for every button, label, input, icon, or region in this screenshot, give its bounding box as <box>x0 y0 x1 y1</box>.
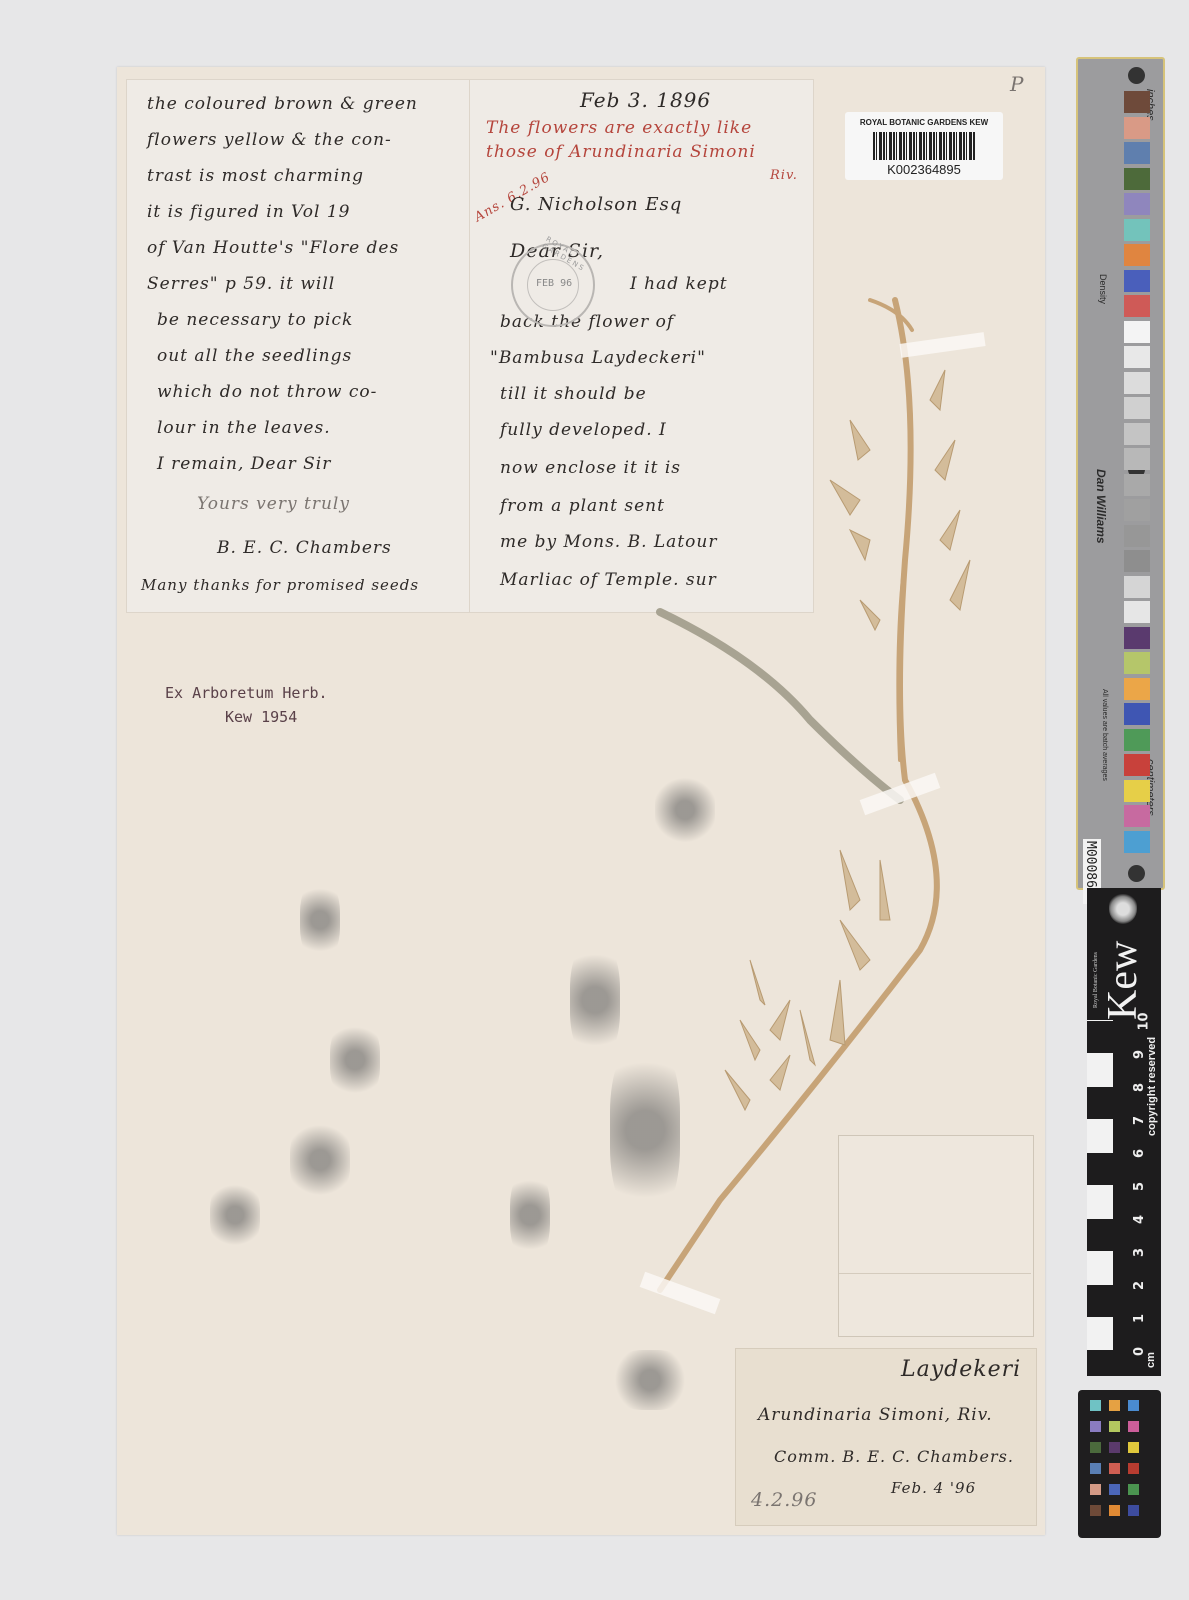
color-swatch <box>1124 525 1150 547</box>
color-swatch <box>1124 805 1150 827</box>
color-swatch <box>1124 321 1150 343</box>
color-calibration-ruler: inches centimeters Density Dan Williams … <box>1076 57 1165 890</box>
color-patch <box>1128 1505 1139 1516</box>
color-swatch <box>1124 652 1150 674</box>
label-taxon-name: Arundinaria Simoni, Riv. <box>758 1405 993 1425</box>
scale-segment <box>1087 1317 1113 1350</box>
scale-segment <box>1087 1152 1113 1185</box>
color-checker-card <box>1078 1390 1161 1538</box>
scale-tick-label: 2 <box>1132 1281 1147 1290</box>
color-swatch <box>1124 295 1150 317</box>
fragment-packet <box>838 1135 1034 1337</box>
color-swatch <box>1124 346 1150 368</box>
scale-segment <box>1087 1218 1113 1251</box>
color-patch <box>1090 1400 1101 1411</box>
kew-scale-bar: Kew Royal Botanic Gardens 012345678910 c… <box>1087 888 1161 1376</box>
color-swatch <box>1124 448 1150 470</box>
label-pencil-date: 4.2.96 <box>751 1489 817 1511</box>
scale-segment <box>1087 1053 1113 1086</box>
kew-logo: Kew <box>1099 941 1147 1020</box>
scale-segment <box>1087 1251 1113 1284</box>
color-swatch <box>1124 244 1150 266</box>
scale-tick-label: 3 <box>1132 1248 1147 1257</box>
color-patch <box>1090 1505 1101 1516</box>
color-swatch <box>1124 168 1150 190</box>
color-swatch <box>1124 601 1150 623</box>
color-swatch <box>1124 372 1150 394</box>
color-swatch <box>1124 270 1150 292</box>
scale-segment <box>1087 1119 1113 1152</box>
scale-segment <box>1087 1020 1113 1053</box>
scale-tick-label: 9 <box>1132 1050 1147 1059</box>
determination-label: Laydekeri Arundinaria Simoni, Riv. Comm.… <box>735 1348 1037 1526</box>
color-swatch <box>1124 678 1150 700</box>
color-patch <box>1090 1442 1101 1453</box>
color-swatch <box>1124 576 1150 598</box>
label-epithet: Laydekeri <box>901 1357 1021 1382</box>
ruler-hole <box>1128 865 1145 882</box>
color-patch <box>1090 1463 1101 1474</box>
scale-segment <box>1087 1284 1113 1317</box>
scale-tick-label: 6 <box>1132 1149 1147 1158</box>
scale-tick-label: 7 <box>1132 1116 1147 1125</box>
scale-tick-label: 10 <box>1137 1012 1152 1030</box>
color-swatch <box>1124 499 1150 521</box>
color-patch <box>1128 1484 1139 1495</box>
color-swatch <box>1124 474 1150 496</box>
color-swatch <box>1124 729 1150 751</box>
color-swatch <box>1124 550 1150 572</box>
color-swatch <box>1124 780 1150 802</box>
color-patch <box>1109 1442 1120 1453</box>
color-patch <box>1109 1484 1120 1495</box>
color-patch <box>1090 1421 1101 1432</box>
scale-tick-label: 8 <box>1132 1083 1147 1092</box>
color-patch <box>1128 1400 1139 1411</box>
color-swatch <box>1124 117 1150 139</box>
color-swatch <box>1124 219 1150 241</box>
color-swatch <box>1124 703 1150 725</box>
scale-segment <box>1087 1086 1113 1119</box>
unit-label: cm <box>1145 1352 1157 1368</box>
color-patch <box>1128 1442 1139 1453</box>
color-patch <box>1109 1505 1120 1516</box>
color-swatch <box>1124 627 1150 649</box>
color-patch <box>1109 1421 1120 1432</box>
color-swatch <box>1124 423 1150 445</box>
scale-tick-label: 1 <box>1132 1314 1147 1323</box>
color-patch <box>1090 1484 1101 1495</box>
color-swatch <box>1124 831 1150 853</box>
color-swatch <box>1124 754 1150 776</box>
color-patch <box>1109 1400 1120 1411</box>
centimeter-scale <box>1087 1020 1113 1350</box>
color-swatch <box>1124 193 1150 215</box>
kew-crest-icon <box>1109 894 1137 924</box>
label-communicated: Comm. B. E. C. Chambers. <box>774 1447 1014 1466</box>
copyright-text: copyright reserved <box>1146 1037 1158 1136</box>
label-date: Feb. 4 '96 <box>891 1479 976 1497</box>
color-patch <box>1109 1463 1120 1474</box>
scale-tick-label: 5 <box>1132 1182 1147 1191</box>
packet-flap <box>839 1136 1031 1274</box>
scale-segment <box>1087 1185 1113 1218</box>
color-swatch <box>1124 397 1150 419</box>
scale-tick-label: 4 <box>1132 1215 1147 1224</box>
ruler-hole <box>1128 67 1145 84</box>
color-swatch <box>1124 91 1150 113</box>
color-patch <box>1128 1463 1139 1474</box>
color-patch <box>1128 1421 1139 1432</box>
color-swatch <box>1124 142 1150 164</box>
